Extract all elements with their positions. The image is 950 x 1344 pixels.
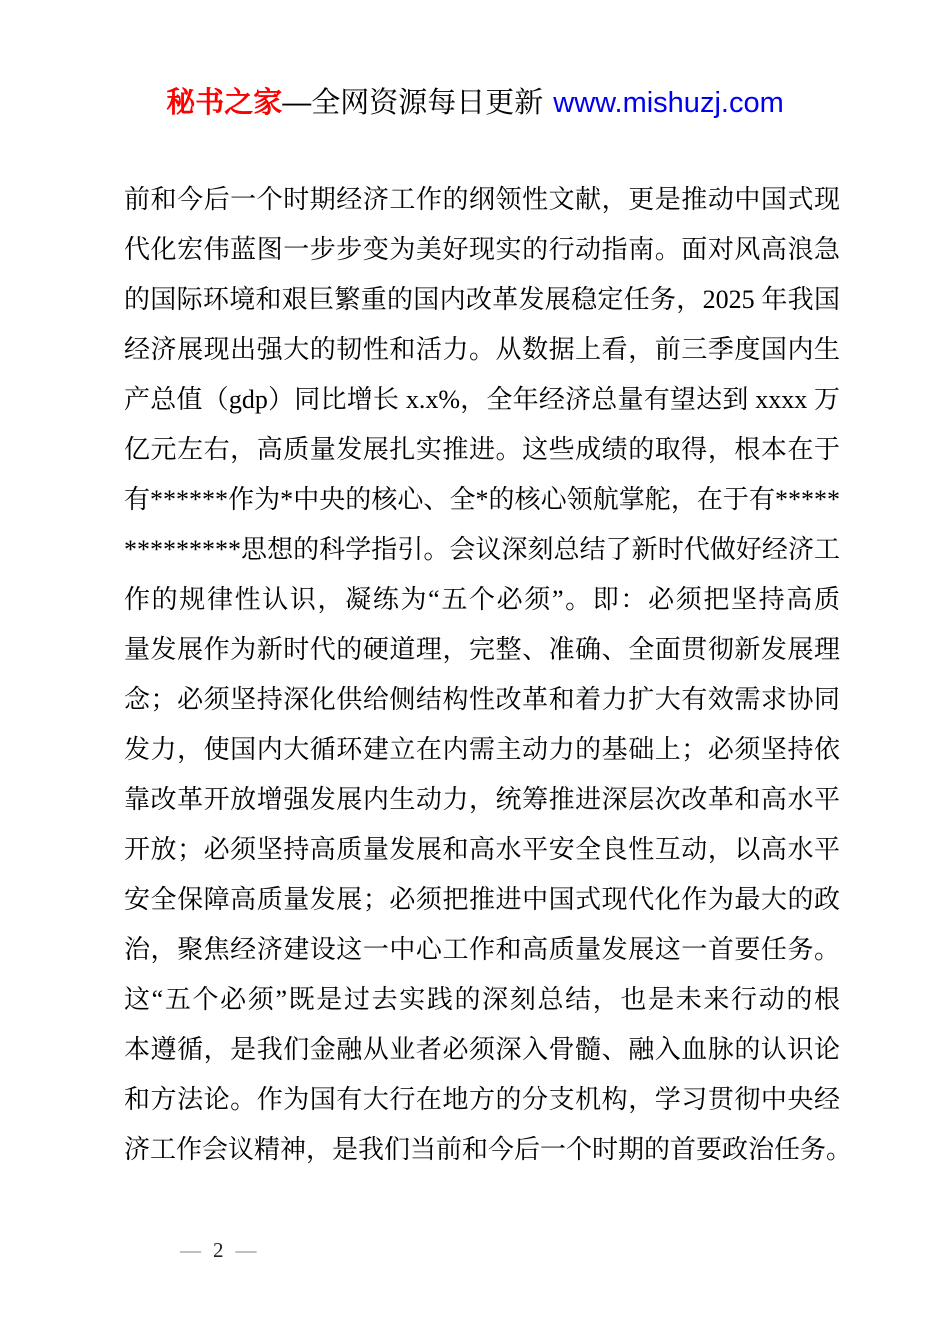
text-line: 的国际环境和艰巨繁重的国内改革发展稳定任务，2025 年我国 [124, 275, 840, 325]
document-body: 前和今后一个时期经济工作的纲领性文献，更是推动中国式现 代化宏伟蓝图一步步变为美… [124, 175, 840, 1175]
text-line: 前和今后一个时期经济工作的纲领性文献，更是推动中国式现 [124, 175, 840, 225]
site-header: 秘书之家—全网资源每日更新www.mishuzj.com [0, 86, 950, 120]
text-line: 量发展作为新时代的硬道理，完整、准确、全面贯彻新发展理 [124, 625, 840, 675]
text-line: *********思想的科学指引。会议深刻总结了新时代做好经济工 [124, 525, 840, 575]
text-line: 治，聚焦经济建设这一中心工作和高质量发展这一首要任务。 [124, 925, 840, 975]
text-line: 安全保障高质量发展；必须把推进中国式现代化作为最大的政 [124, 875, 840, 925]
footer-dash-left: — [180, 1238, 201, 1262]
text-line: 靠改革开放增强发展内生动力，统筹推进深层次改革和高水平 [124, 775, 840, 825]
text-line: 产总值（gdp）同比增长 x.x%，全年经济总量有望达到 xxxx 万 [124, 375, 840, 425]
text-line: 发力，使国内大循环建立在内需主动力的基础上；必须坚持依 [124, 725, 840, 775]
text-line: 代化宏伟蓝图一步步变为美好现实的行动指南。面对风高浪急 [124, 225, 840, 275]
text-line: 这“五个必须”既是过去实践的深刻总结，也是未来行动的根 [124, 975, 840, 1025]
site-name-text: 秘书之家 [166, 87, 282, 119]
footer-dash-right: — [236, 1238, 257, 1262]
site-url-text: www.mishuzj.com [553, 87, 783, 119]
page-footer: — 2 — [180, 1238, 257, 1262]
text-line: 有******作为*中央的核心、全*的核心领航掌舵，在于有***** [124, 475, 840, 525]
text-line: 亿元左右，高质量发展扎实推进。这些成绩的取得，根本在于 [124, 425, 840, 475]
site-tagline-text: —全网资源每日更新 [282, 87, 543, 119]
text-line: 经济展现出强大的韧性和活力。从数据上看，前三季度国内生 [124, 325, 840, 375]
text-line: 念；必须坚持深化供给侧结构性改革和着力扩大有效需求协同 [124, 675, 840, 725]
page-number: 2 [213, 1238, 224, 1262]
text-line: 本遵循，是我们金融从业者必须深入骨髓、融入血脉的认识论 [124, 1025, 840, 1075]
text-line: 作的规律性认识，凝练为“五个必须”。即：必须把坚持高质 [124, 575, 840, 625]
text-line: 开放；必须坚持高质量发展和高水平安全良性互动，以高水平 [124, 825, 840, 875]
document-page: 秘书之家—全网资源每日更新www.mishuzj.com 前和今后一个时期经济工… [0, 0, 950, 1344]
text-line: 和方法论。作为国有大行在地方的分支机构，学习贯彻中央经 [124, 1075, 840, 1125]
text-line: 济工作会议精神，是我们当前和今后一个时期的首要政治任务。 [124, 1125, 840, 1175]
